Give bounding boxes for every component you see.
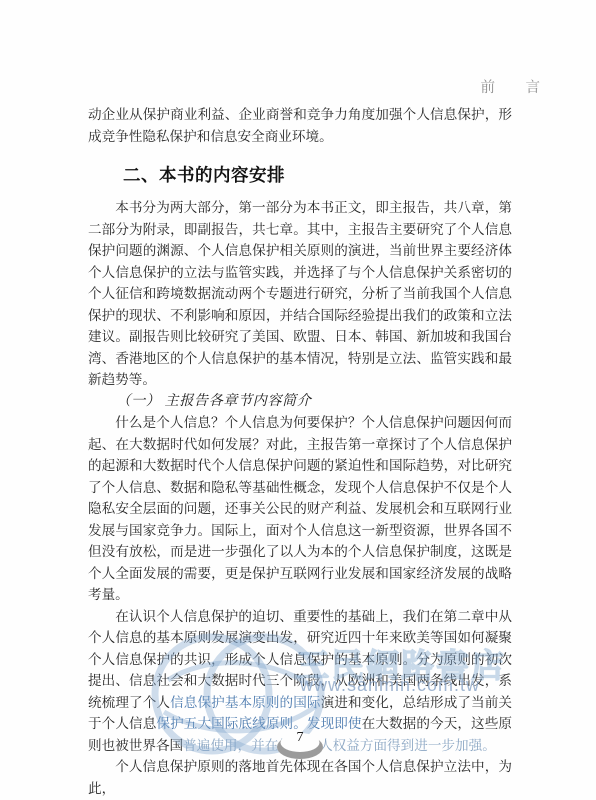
book-preface-page: 前 言 动企业从保护商业利益、企业商誉和竞争力角度加强个人信息保护，形成竞争性隐… xyxy=(0,0,596,800)
chapter-two-text-segment-watermark-tinted: 信息保护基本原则的国际 xyxy=(170,695,320,710)
paragraph-closing-line: 个人信息保护原则的落地首先体现在各国个人信息保护立法中，为此， xyxy=(88,756,512,799)
paragraph-book-structure-overview: 本书分为两大部分，第一部分为本书正文，即主报告，共八章，第二部分为附录，即副报告… xyxy=(88,197,512,391)
paragraph-chapter-one-summary: 什么是个人信息？个人信息为何要保护？个人信息保护问题因何而起、在大数据时代如何发… xyxy=(88,412,512,606)
section-heading-book-content-arrangement: 二、本书的内容安排 xyxy=(88,164,512,186)
running-head-preface: 前 言 xyxy=(481,76,549,97)
chapter-two-text-segment-watermark-tinted-light: 普遍使用，并在保护个人权益方面得到进一步加强。 xyxy=(183,738,496,753)
subsection-heading-main-report-chapters: （一） 主报告各章节内容简介 xyxy=(88,391,512,413)
page-body-text: 动企业从保护商业利益、企业商誉和竞争力角度加强个人信息保护，形成竞争性隐私保护和… xyxy=(88,104,512,799)
chapter-two-text-segment-watermark-tinted: 保护五大国际底线原则。发现即使 xyxy=(156,716,361,731)
page-number-badge: 7 xyxy=(275,729,325,761)
page-number: 7 xyxy=(275,730,325,746)
paragraph-continued-from-previous-page: 动企业从保护商业利益、企业商誉和竞争力角度加强个人信息保护，形成竞争性隐私保护和… xyxy=(88,104,512,147)
